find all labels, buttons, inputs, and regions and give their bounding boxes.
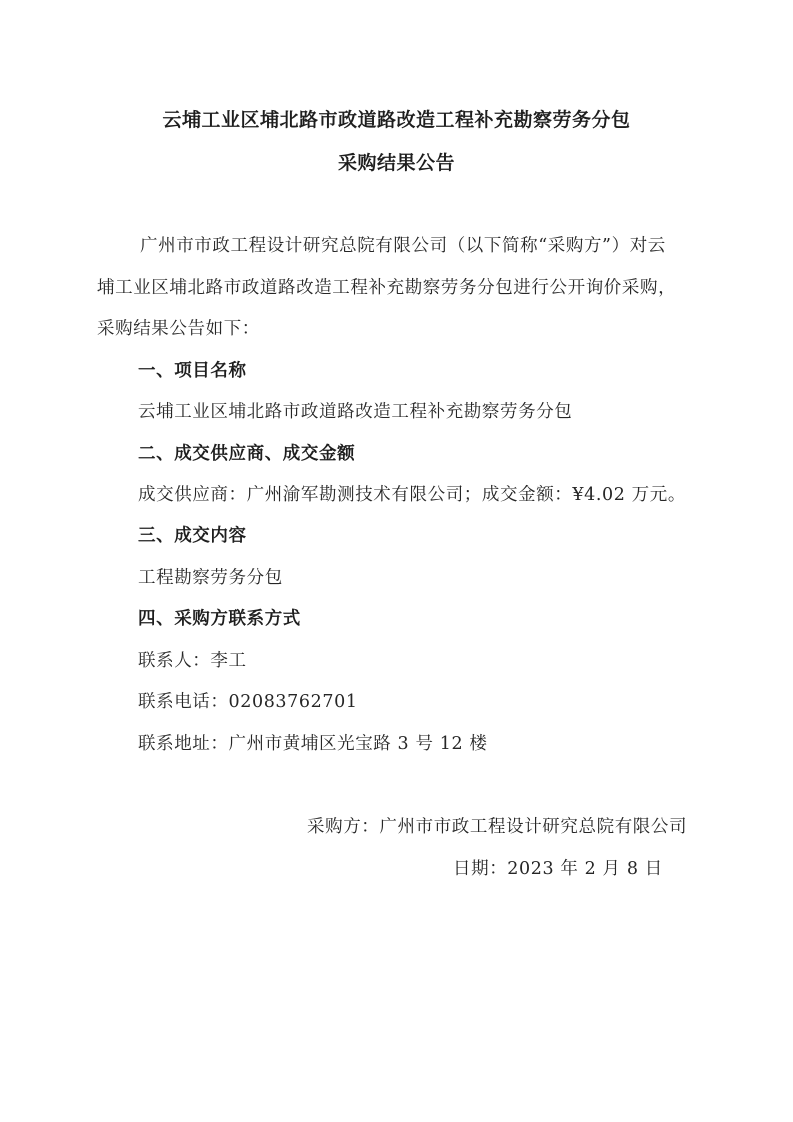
contact-address: 联系地址：广州市黄埔区光宝路 3 号 12 楼 [138, 730, 487, 755]
section-text-content: 工程勘察劳务分包 [138, 564, 283, 589]
section-text-project-name: 云埔工业区埔北路市政道路改造工程补充勘察劳务分包 [138, 398, 572, 423]
section-heading-supplier: 二、成交供应商、成交金额 [138, 440, 355, 465]
intro-line3: 采购结果公告如下： [97, 315, 260, 340]
signature-date: 日期：2023 年 2 月 8 日 [453, 855, 663, 880]
section-heading-contact: 四、采购方联系方式 [138, 605, 301, 630]
section-heading-project-name: 一、项目名称 [138, 357, 247, 382]
section-text-supplier: 成交供应商：广州渝军勘测技术有限公司；成交金额：¥4.02 万元。 [138, 481, 686, 506]
intro-line2: 埔工业区埔北路市政道路改造工程补充勘察劳务分包进行公开询价采购， [97, 274, 676, 299]
signature-purchaser: 采购方：广州市市政工程设计研究总院有限公司 [307, 813, 687, 838]
intro-line1: 广州市市政工程设计研究总院有限公司（以下简称“采购方”）对云 [140, 232, 666, 257]
document-title-line1: 云埔工业区埔北路市政道路改造工程补充勘察劳务分包 [0, 105, 793, 132]
document-title-line2: 采购结果公告 [0, 148, 793, 175]
contact-phone: 联系电话：02083762701 [138, 688, 358, 713]
section-heading-content: 三、成交内容 [138, 522, 247, 547]
contact-person: 联系人：李工 [138, 647, 247, 672]
